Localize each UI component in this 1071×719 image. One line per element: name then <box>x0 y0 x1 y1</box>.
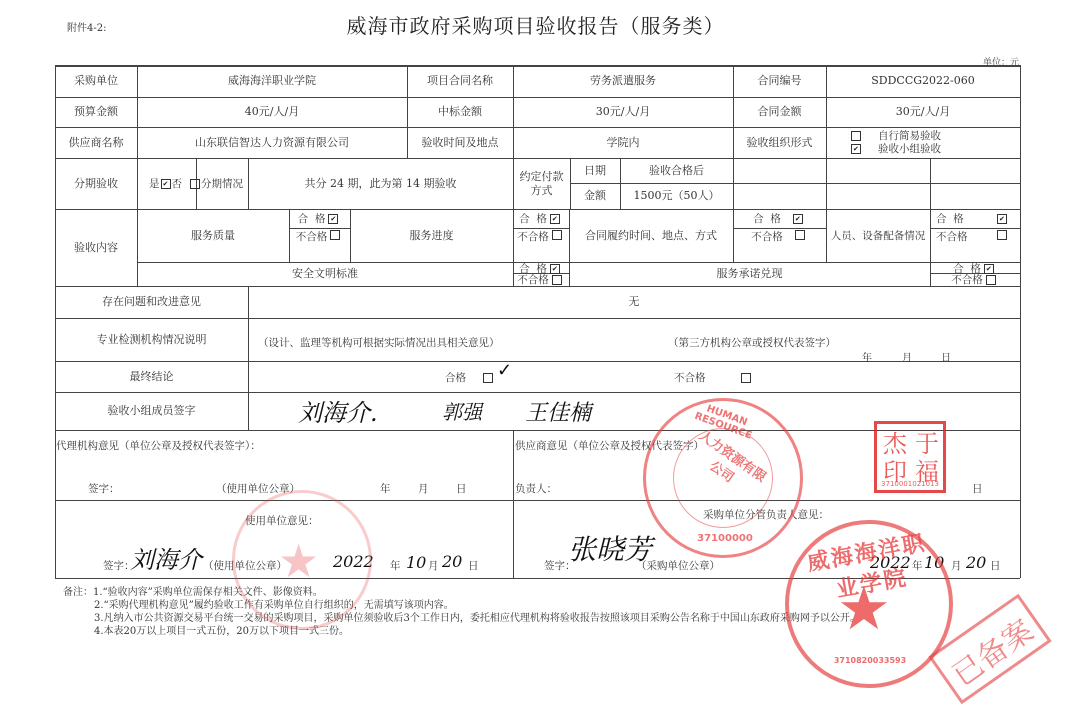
user-unit-month-value: 10 <box>406 553 426 572</box>
checkbox-safety-standard-pass[interactable] <box>550 264 560 274</box>
safety-standard-fail[interactable]: 不合格 <box>513 273 569 286</box>
contract-no-label: 合同编号 <box>733 65 826 97</box>
payment-amount-label: 金额 <box>570 183 620 209</box>
checkbox-self-acceptance[interactable] <box>851 131 861 141</box>
checkbox-personnel-equipment-pass[interactable] <box>997 214 1007 224</box>
member-signature-3: 王佳楠 <box>525 396 591 427</box>
service-commitment-pass[interactable]: 合 格 <box>930 250 1020 273</box>
conclusion-label: 最终结论 <box>55 361 248 392</box>
inspection-year: 年 <box>862 349 872 364</box>
org-form-options: 自行简易验收 验收小组验收 <box>848 130 941 156</box>
contract-name-value: 劳务派遣服务 <box>513 65 733 97</box>
checkbox-conclusion-fail[interactable] <box>741 373 751 383</box>
budget-value: 40元/人/月 <box>137 97 407 127</box>
checkbox-service-quality-fail[interactable] <box>330 230 340 240</box>
purchaser-leader-seal-label: （采购单位公章） <box>636 558 720 573</box>
inspection-label: 专业检测机构情况说明 <box>55 318 248 361</box>
school-seal: 威海海洋职业学院 ★ 3710820033593 <box>785 520 953 688</box>
org-form-option-group[interactable]: 验收小组验收 <box>848 143 941 156</box>
contract-performance-pass[interactable]: 合 格 <box>733 209 826 228</box>
members-label: 验收小组成员签字 <box>55 392 248 430</box>
checkbox-group-acceptance[interactable] <box>851 144 861 154</box>
inspection-month: 月 <box>902 349 912 364</box>
installment-label: 分期验收 <box>55 158 137 209</box>
purchaser-value: 威海海洋职业学院 <box>137 65 407 97</box>
item-service-quality: 服务质量 <box>137 209 289 262</box>
purchaser-label: 采购单位 <box>55 65 137 97</box>
member-signature-2: 郭强 <box>442 396 482 425</box>
conclusion-fail[interactable]: 不合格 <box>674 370 754 385</box>
contract-name-label: 项目合同名称 <box>407 65 513 97</box>
user-unit-year: 年 <box>390 558 401 573</box>
user-unit-day: 日 <box>468 558 479 573</box>
contract-performance-fail[interactable]: 不合格 <box>733 228 826 262</box>
agency-year: 年 <box>380 481 391 496</box>
checkbox-service-progress-fail[interactable] <box>552 230 562 240</box>
inspection-day: 日 <box>941 349 951 364</box>
service-quality-fail[interactable]: 不合格 <box>289 228 350 262</box>
time-place-label: 验收时间及地点 <box>407 127 513 158</box>
inspection-stamp-note: （第三方机构公章或授权代表签字） <box>668 335 836 350</box>
item-service-commitment: 服务承诺兑现 <box>569 262 930 286</box>
purchaser-leader-day-value: 20 <box>966 553 986 572</box>
conclusion-pass[interactable]: 合格 ✓ <box>445 370 496 385</box>
issues-value: 无 <box>248 286 1020 318</box>
payment-method-label: 约定付款方式 <box>513 158 570 209</box>
contract-amount-value: 30元/人/月 <box>826 97 1020 127</box>
issues-label: 存在问题和改进意见 <box>55 286 248 318</box>
org-form-label: 验收组织形式 <box>733 127 826 158</box>
seal-number: 37100000 <box>685 533 765 544</box>
seal-star-icon: ★ <box>837 574 891 644</box>
payment-amount-value: 1500元（50人） <box>620 183 733 209</box>
budget-label: 预算金额 <box>55 97 137 127</box>
checkbox-installment-yes[interactable] <box>161 179 171 189</box>
contract-amount-label: 合同金额 <box>733 97 826 127</box>
supplier-value: 山东联信智达人力资源有限公司 <box>137 127 407 158</box>
user-unit-seal: ★ <box>232 490 372 630</box>
note-4: 4.本表20万以上项目一式五份，20万以下项目一式三份。 <box>63 625 860 638</box>
item-personnel-equipment: 人员、设备配备情况 <box>826 209 930 262</box>
user-unit-month: 月 <box>428 558 439 573</box>
item-contract-performance: 合同履约时间、地点、方式 <box>569 209 733 262</box>
inspection-note: （设计、监理等机构可根据实际情况出具相关意见） <box>258 335 500 350</box>
personnel-equipment-pass[interactable]: 合 格 <box>930 209 1020 228</box>
checkbox-safety-standard-fail[interactable] <box>552 275 562 285</box>
user-unit-day-value: 20 <box>442 552 462 571</box>
agency-label: 代理机构意见（单位公章及授权代表签字）： <box>56 438 261 453</box>
installment-status-value: 共分 24 期，此为第 14 期验收 <box>248 158 513 209</box>
checkbox-service-quality-pass[interactable] <box>328 214 338 224</box>
note-2: 2.“采购代理机构意见”履约验收工作有采购单位自行组织的，无需填写该项内容。 <box>63 599 860 612</box>
checkbox-contract-performance-pass[interactable] <box>793 214 803 224</box>
org-form-option-self[interactable]: 自行简易验收 <box>848 130 941 143</box>
installment-yes-no: 是否分期情况 <box>137 158 248 209</box>
user-unit-signature: 刘海介 <box>130 540 202 575</box>
member-signature-1: 刘海介. <box>298 393 378 428</box>
supplier-company-seal: HUMAN RESOURCE 人力资源有限公司 37100000 <box>643 398 803 558</box>
note-1: 备注：1.“验收内容”采购单位需保存相关文件、影像资料。 <box>63 586 860 599</box>
payment-date-label: 日期 <box>570 158 620 183</box>
handwritten-check-icon: ✓ <box>497 360 512 381</box>
notes: 备注：1.“验收内容”采购单位需保存相关文件、影像资料。 2.“采购代理机构意见… <box>63 586 860 638</box>
checkbox-contract-performance-fail[interactable] <box>795 230 805 240</box>
school-seal-number: 3710820033593 <box>815 656 925 665</box>
time-place-value: 学院内 <box>513 127 733 158</box>
acceptance-content-label: 验收内容 <box>55 209 137 286</box>
checkbox-installment-no[interactable] <box>190 179 200 189</box>
note-3: 3.凡纳入市公共资源交易平台统一交易的采购项目，采购单位须验收后3个工作日内，委… <box>63 612 860 625</box>
checkbox-conclusion-pass[interactable] <box>483 373 493 383</box>
page-title: 威海市政府采购项目验收报告（服务类） <box>0 10 1071 39</box>
contract-no-value: SDDCCG2022-060 <box>826 65 1020 97</box>
item-safety-standard: 安全文明标准 <box>137 262 513 286</box>
bid-amount-label: 中标金额 <box>407 97 513 127</box>
service-quality-pass[interactable]: 合 格 <box>289 209 350 228</box>
agency-day: 日 <box>456 481 467 496</box>
item-service-progress: 服务进度 <box>350 209 513 262</box>
agency-month: 月 <box>418 481 429 496</box>
supplier-label: 供应商名称 <box>55 127 137 158</box>
personal-seal: 杰 于 印 福 3710001021013 <box>874 421 946 493</box>
supplier-person-label: 负责人： <box>515 481 557 496</box>
safety-standard-pass[interactable]: 合 格 <box>513 250 569 273</box>
agency-sign-label: 签字： <box>88 481 120 496</box>
service-progress-pass[interactable]: 合 格 <box>513 209 569 228</box>
checkbox-service-progress-pass[interactable] <box>550 214 560 224</box>
checkbox-personnel-equipment-fail[interactable] <box>997 230 1007 240</box>
payment-date-value: 验收合格后 <box>620 158 733 183</box>
service-commitment-fail[interactable]: 不合格 <box>930 273 1020 286</box>
checkbox-service-commitment-fail[interactable] <box>986 275 996 285</box>
seal-star-icon: ★ <box>278 534 319 588</box>
bid-amount-value: 30元/人/月 <box>513 97 733 127</box>
checkbox-service-commitment-pass[interactable] <box>984 264 994 274</box>
supplier-day: 日 <box>972 481 983 496</box>
purchaser-leader-day: 日 <box>990 558 1001 573</box>
